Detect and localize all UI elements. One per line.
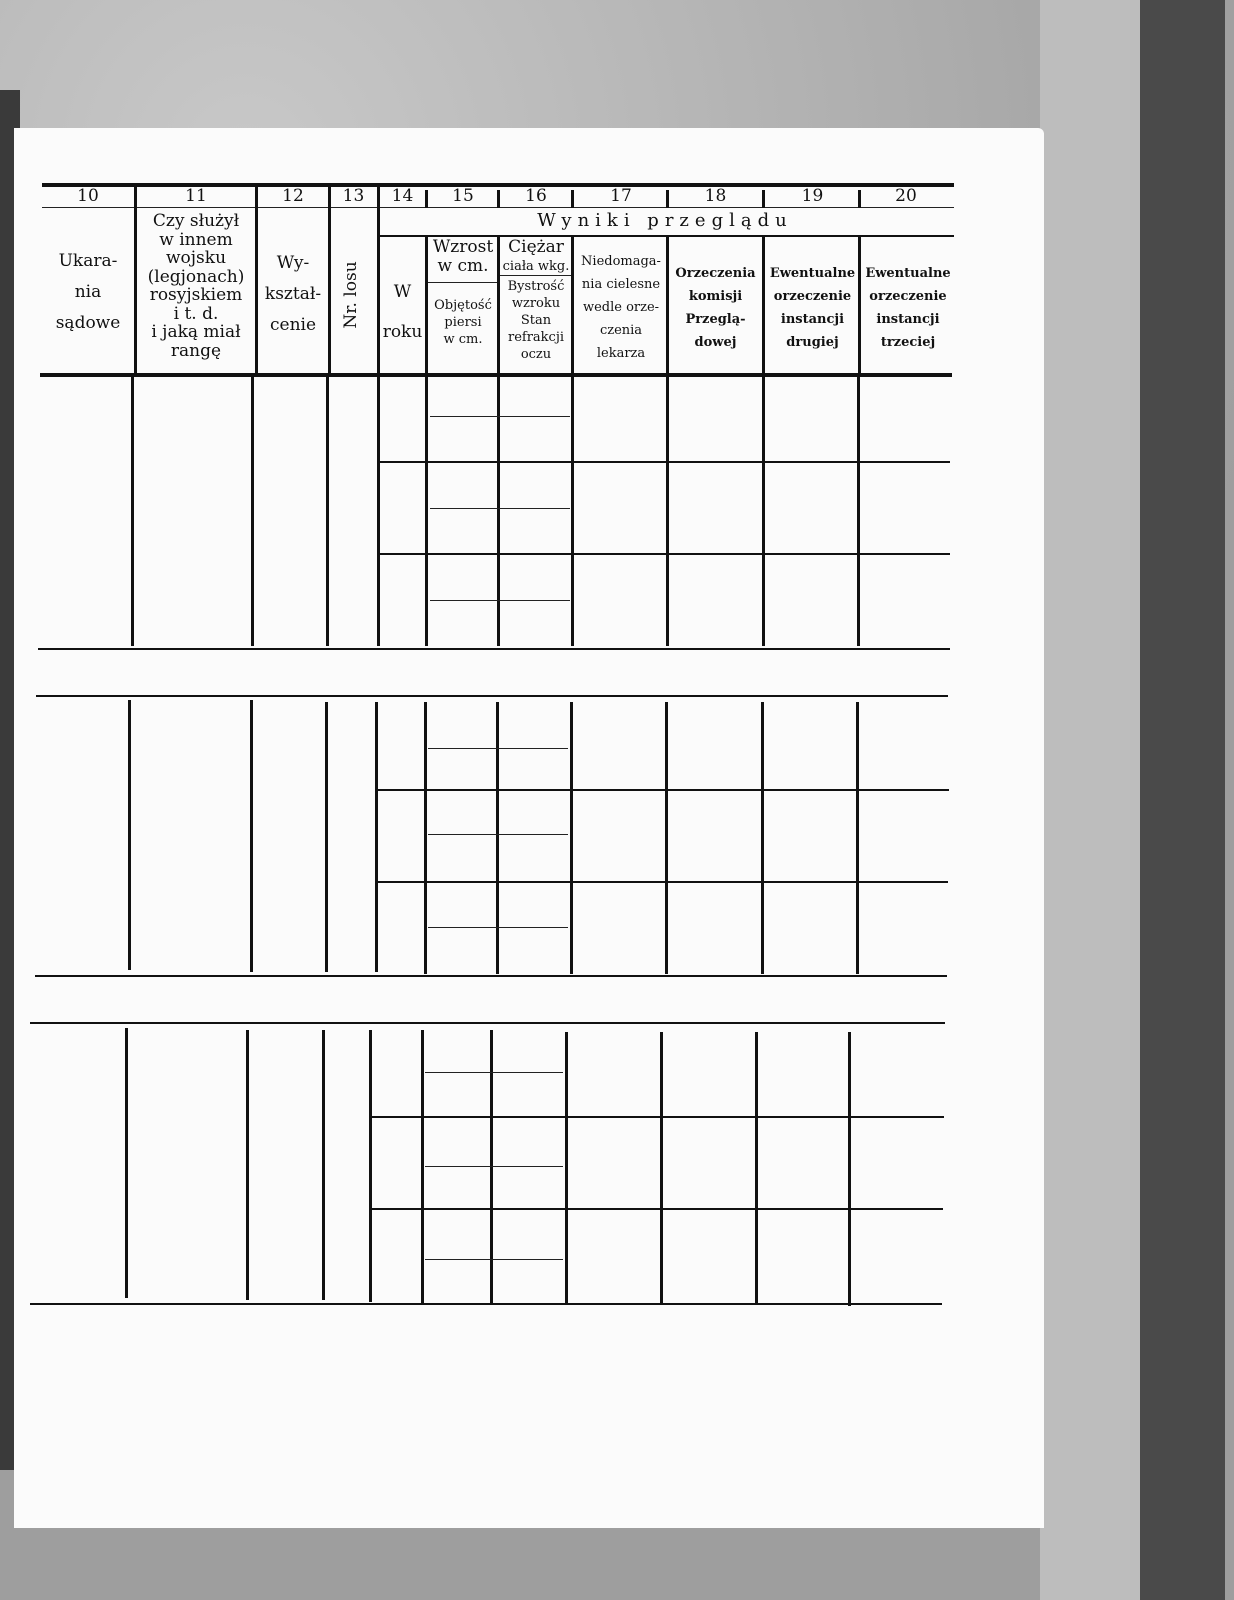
col-17-number: 17 — [575, 186, 667, 206]
col-16-number: 16 — [500, 186, 572, 206]
hdr-vrule — [377, 186, 380, 374]
entry-vrule — [375, 702, 378, 972]
col-12-number: 12 — [258, 186, 328, 206]
group-header-wyniki-przegladu: Wyniki przeglądu — [380, 210, 950, 231]
entry-vrule — [755, 1032, 758, 1304]
col-12-label: Wy- kształ- cenie — [258, 248, 328, 341]
hdr-vrule — [425, 190, 428, 208]
hdr-vrule — [666, 236, 669, 374]
entry-vrule — [848, 1032, 851, 1306]
entry-bottom-rule — [35, 975, 947, 977]
entry-vrule — [424, 702, 427, 974]
entry-minor-rule — [428, 927, 568, 928]
entry-subrule — [376, 881, 948, 883]
col-19-number: 19 — [765, 186, 860, 206]
col-20-label: Ewentualne orzeczenie instancji trzeciej — [862, 262, 954, 354]
entry-minor-rule — [428, 748, 568, 749]
entry-vrule — [369, 1030, 372, 1302]
col-11-number: 11 — [137, 186, 255, 206]
entry-vrule — [666, 376, 669, 646]
col-13-label: Nr. losu — [331, 255, 371, 335]
entry-vrule — [421, 1030, 424, 1304]
col-10-label: Ukara- nia sądowe — [42, 246, 134, 339]
hdr-vrule — [425, 236, 428, 374]
hdr-vrule — [497, 190, 500, 208]
col-16-divider — [500, 275, 572, 276]
col-18-label: Orzeczenia komisji Przeglą- dowej — [668, 262, 763, 354]
entry-minor-rule — [430, 416, 570, 417]
entry-subrule — [372, 1116, 944, 1118]
entry-subrule — [371, 1208, 943, 1210]
entry-vrule — [246, 1030, 249, 1300]
entry-minor-rule — [430, 508, 570, 509]
hdr-vrule — [328, 186, 331, 374]
hdr-vrule — [571, 190, 574, 208]
entry-vrule — [565, 1032, 568, 1304]
col-14-number: 14 — [380, 186, 425, 206]
entry-vrule — [857, 376, 860, 646]
entry-minor-rule — [428, 834, 568, 835]
entry-vrule — [660, 1032, 663, 1304]
entry-vrule — [250, 700, 253, 972]
entry-vrule — [856, 702, 859, 974]
col-20-number: 20 — [862, 186, 950, 206]
hdr-vrule — [858, 190, 861, 208]
hdr-vrule — [571, 236, 574, 374]
hdr-vrule — [134, 186, 137, 374]
entry-bottom-rule — [30, 1303, 942, 1305]
entry-minor-rule — [430, 600, 570, 601]
col-13-number: 13 — [331, 186, 376, 206]
col-18-number: 18 — [668, 186, 763, 206]
entry-vrule — [377, 376, 380, 646]
entry-vrule — [762, 376, 765, 646]
hdr-vrule — [762, 236, 765, 374]
entry-vrule — [251, 376, 254, 646]
entry-vrule — [496, 702, 499, 974]
entry-top-rule — [30, 1022, 945, 1024]
col-15-number: 15 — [428, 186, 498, 206]
header-bottom-rule — [40, 373, 952, 377]
entry-vrule — [322, 1030, 325, 1300]
entry-vrule — [128, 700, 131, 970]
entry-minor-rule — [425, 1166, 563, 1167]
scan-shadow-strip — [1140, 0, 1225, 1600]
hdr-vrule — [255, 186, 258, 374]
col-19-label: Ewentualne orzeczenie instancji drugiej — [765, 262, 860, 354]
col-17-label: Niedomaga- nia cielesne wedle orze- czen… — [575, 250, 667, 365]
entry-vrule — [326, 376, 329, 646]
entry-vrule — [761, 702, 764, 974]
col-16-top-label: Ciężar ciała wkg. — [500, 238, 572, 276]
entry-vrule — [425, 376, 428, 646]
entry-vrule — [131, 376, 134, 646]
entry-vrule — [325, 702, 328, 972]
entry-vrule — [570, 702, 573, 974]
entry-bottom-rule — [38, 648, 950, 650]
entry-subrule — [377, 789, 949, 791]
col-10-number: 10 — [42, 186, 134, 206]
hdr-vrule — [858, 236, 861, 374]
hdr-vrule — [497, 236, 500, 374]
hdr-vrule — [762, 190, 765, 208]
entry-top-rule — [36, 695, 948, 697]
col-15-bottom-label: Objętość piersi w cm. — [428, 297, 498, 348]
col-14-label: W roku — [380, 272, 425, 352]
entry-minor-rule — [425, 1072, 563, 1073]
hdr-vrule — [666, 190, 669, 208]
col-16-bottom-label: Bystrość wzroku Stan refrakcji oczu — [500, 278, 572, 363]
col-11-label: Czy służył w innem wojsku (legjonach) ro… — [137, 212, 255, 360]
entry-subrule — [378, 461, 950, 463]
entry-vrule — [571, 376, 574, 646]
col-15-top-label: Wzrost w cm. — [428, 238, 498, 276]
entry-minor-rule — [425, 1259, 563, 1260]
col-15-divider — [428, 282, 498, 283]
entry-subrule — [378, 553, 950, 555]
entry-vrule — [665, 702, 668, 974]
entry-vrule — [125, 1028, 128, 1298]
scan-surface — [1040, 0, 1140, 1600]
